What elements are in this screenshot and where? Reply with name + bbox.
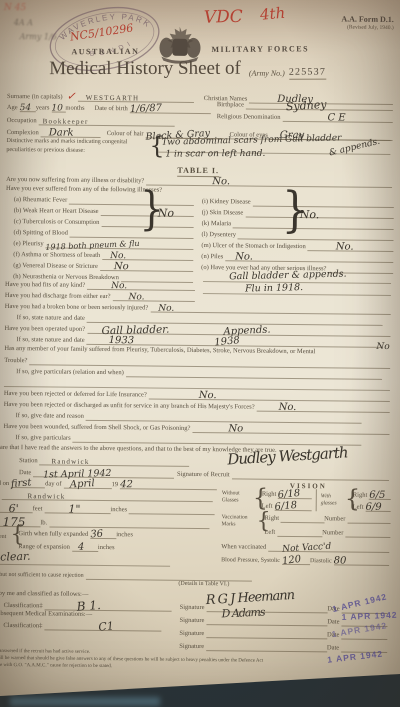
q-fits-fill: No. bbox=[87, 280, 195, 291]
height-feet-fill: 6' bbox=[0, 503, 33, 513]
form-content: N 45 4A A Army 1/6 VDC 4th A.A. Form D.1… bbox=[0, 0, 400, 707]
examined-year: 42 bbox=[120, 480, 133, 490]
surname-label: Surname (in capitals) bbox=[7, 93, 65, 101]
q-fits-answer: No. bbox=[111, 282, 127, 291]
illness-e: (e) Pleurisy1918 both pneum & flu bbox=[13, 238, 193, 250]
dob-fill: 1/6/87 bbox=[130, 103, 211, 114]
expansion-value: 4 bbox=[78, 543, 84, 553]
illness-n-answer: No. bbox=[235, 252, 253, 262]
without-left-value: 6/18 bbox=[274, 501, 297, 513]
birthplace-value: Sydney bbox=[286, 99, 327, 112]
station-label: Station bbox=[19, 457, 40, 465]
day-of-label: day of bbox=[45, 481, 64, 489]
surname-value: WESTGARTH bbox=[86, 93, 140, 102]
when-vaccinated-fill: Not Vacc'd bbox=[268, 542, 389, 553]
complexion-fill: Dark bbox=[41, 127, 101, 138]
examined-month: April bbox=[69, 479, 94, 490]
with-left-value: 6/9 bbox=[365, 503, 381, 513]
feet-label: feet bbox=[33, 505, 45, 513]
vaccination-right-row: RightNumber bbox=[265, 513, 391, 524]
height-row: 6' feet 1" inches bbox=[0, 503, 215, 515]
blood-pressure-row: Blood Pressure, Systolic 120 Diastolic 8… bbox=[221, 554, 389, 566]
dob-label: Date of birth bbox=[87, 105, 130, 113]
faint-red-note: N 45 bbox=[4, 4, 26, 11]
height-inches-fill: 1" bbox=[44, 503, 110, 514]
height-inches-value: 1" bbox=[68, 504, 80, 515]
bp-diastolic-fill: 80 bbox=[334, 555, 390, 566]
q-family-answer: No bbox=[376, 343, 389, 350]
date-row: Date1st April 1942 bbox=[19, 467, 174, 479]
when-vaccinated-row: When vaccinatedNot Vacc'd bbox=[221, 541, 389, 553]
title-text: Medical History Sheet of bbox=[49, 58, 241, 81]
q-forces-fill: No. bbox=[257, 402, 390, 413]
recruit-signature-label: Signature of Recruit bbox=[177, 471, 232, 479]
expansion-row: Range of expansion4inches bbox=[18, 541, 204, 553]
bp-systolic-value: 120 bbox=[281, 555, 301, 567]
q-ear-answer: No. bbox=[128, 293, 144, 302]
examined-prefix: ed on bbox=[0, 480, 11, 488]
bp-diastolic-value: 80 bbox=[334, 556, 347, 566]
bp-diastolic-label: Diastolic bbox=[310, 558, 334, 565]
examined-month-fill: April bbox=[64, 479, 112, 490]
classification-row-2: Classification‡C1 bbox=[3, 620, 161, 632]
girth-brace: { bbox=[10, 526, 24, 544]
vaccination-brace: { bbox=[256, 513, 270, 531]
age-months-value: 10 bbox=[51, 104, 63, 113]
age-years-fill: 54 bbox=[20, 102, 36, 112]
religion-label: Religious Denomination bbox=[217, 113, 283, 121]
red-annotation-unit: 4th bbox=[259, 6, 285, 21]
bp-label: Blood Pressure, Systolic bbox=[221, 557, 282, 565]
occupation-row: Occupation Bookkeeper bbox=[7, 115, 175, 127]
bp-systolic-fill: 120 bbox=[282, 555, 310, 565]
army-no-label: (Army No.) bbox=[249, 69, 285, 79]
ink-brace-a-d: } bbox=[140, 190, 165, 227]
examined-row: ed on first day of April 19 42 bbox=[0, 478, 217, 490]
surname-fill: WESTGARTH bbox=[78, 92, 194, 103]
dob-value: 1/6/87 bbox=[130, 104, 163, 115]
form-revision-text: (Revised July, 1940.) bbox=[347, 24, 394, 31]
classification-value-2: C1 bbox=[98, 620, 114, 632]
ink-brace-marks: { bbox=[149, 136, 164, 155]
form-title: Medical History Sheet of (Army No.) 2255… bbox=[49, 58, 326, 81]
table-surface-highlight bbox=[10, 697, 160, 706]
place-fill: Randwick bbox=[1, 490, 212, 502]
examined-day-fill: first bbox=[11, 478, 45, 488]
without-right-row: Right6/18 bbox=[262, 489, 312, 500]
marks-line-2: 1 in scar on left hand. bbox=[165, 150, 265, 158]
age-dob-row: Age 54 years 10 months Date of birth 1/6… bbox=[7, 102, 211, 114]
classification-label-2: Classification‡ bbox=[3, 622, 44, 630]
q-insurance-answer: No. bbox=[199, 391, 217, 401]
illness-d: (d) Spitting of Blood bbox=[14, 227, 194, 239]
months-label: months bbox=[65, 105, 86, 113]
expansion-fill: 4 bbox=[72, 542, 98, 552]
date-fill: 1st April 1942 bbox=[33, 467, 174, 478]
birthplace-label: Birthplace bbox=[217, 101, 246, 109]
height-feet-value: 6' bbox=[9, 503, 19, 514]
faint-gray-note: 4A A bbox=[14, 19, 33, 25]
occupation-fill: Bookkeeper bbox=[39, 115, 175, 126]
without-right-value: 6/18 bbox=[278, 489, 301, 501]
chest-clear-note: clear. bbox=[0, 551, 31, 561]
age-months-fill: 10 bbox=[51, 102, 65, 112]
girth-value: 36 bbox=[90, 529, 103, 540]
examined-at-row: at Randwick bbox=[0, 490, 213, 502]
with-right-value: 6/5 bbox=[369, 491, 385, 501]
red-annotation-vdc: VDC bbox=[204, 9, 243, 25]
q-wounded-answer: No bbox=[228, 424, 243, 434]
occupation-label: Occupation bbox=[7, 117, 39, 125]
religion-fill: C E bbox=[282, 112, 392, 123]
paper-sheet: N 45 4A A Army 1/6 VDC 4th A.A. Form D.1… bbox=[0, 0, 400, 707]
illness-m-fill: No. bbox=[308, 241, 394, 252]
vaccination-left-row: LeftNumber bbox=[264, 527, 390, 538]
girth-fill: 36 bbox=[90, 529, 116, 539]
illness-f-answer: No. bbox=[110, 252, 126, 261]
date-stamp-2: 1 APR 1942 bbox=[341, 610, 397, 622]
religion-row: Religious Denomination C E bbox=[217, 111, 393, 123]
vaccination-marks-label: Vaccination Marks bbox=[221, 514, 259, 528]
with-glasses-label: With glasses bbox=[321, 493, 347, 506]
examined-year-fill: 42 bbox=[120, 479, 217, 490]
illness-a: (a) Rheumatic Fever bbox=[14, 194, 194, 206]
vision-brace-without: { bbox=[253, 489, 268, 508]
illness-f-fill: No. bbox=[102, 250, 193, 261]
year-printed: 19 bbox=[112, 481, 121, 489]
form-code-text: A.A. Form D.1. bbox=[341, 14, 394, 24]
q-ear: Have you had discharge from either ear?N… bbox=[5, 290, 195, 302]
weight-unit-label: lb. bbox=[40, 520, 49, 528]
q-fits: Have you had fits of any kind?No. bbox=[5, 279, 195, 291]
q-broken-answer: No. bbox=[158, 305, 174, 314]
q-wounded-fill: No bbox=[192, 423, 389, 435]
rejection-note: s, but not sufficient to cause rejection bbox=[0, 569, 252, 582]
illness-o-answer-1: Gall bladder & appends. bbox=[229, 270, 347, 280]
place-value: Randwick bbox=[27, 492, 65, 501]
inches-label: inches bbox=[110, 506, 129, 514]
q-ear-fill: No. bbox=[112, 291, 194, 302]
birthplace-row: Birthplace Sydney bbox=[217, 99, 393, 111]
ink-brace-i-l: } bbox=[282, 190, 309, 229]
religion-value: C E bbox=[327, 113, 345, 123]
org-military-forces: MILITARY FORCES bbox=[211, 44, 309, 54]
org-australian: AUSTRALIAN bbox=[71, 47, 139, 57]
with-right-fill: 6/5 bbox=[369, 490, 391, 500]
illness-m: (m) Ulcer of the Stomach or IndigestionN… bbox=[201, 240, 393, 252]
illness-f: (f) Asthma or Shortness of breathNo. bbox=[13, 249, 193, 261]
without-glasses-label: Without Glasses bbox=[222, 490, 254, 504]
when-vaccinated-value: Not Vacc'd bbox=[282, 543, 332, 555]
subsequent-exams-label: Subsequent Medical Examinations:— bbox=[0, 610, 184, 620]
illness-n-fill: No. bbox=[225, 251, 393, 263]
q-suffering-fill: No. bbox=[146, 175, 392, 188]
without-left-fill: 6/18 bbox=[274, 501, 311, 511]
age-years-value: 54 bbox=[20, 104, 32, 113]
age-label: Age bbox=[7, 104, 20, 112]
details-note: (Details in Table VI.) bbox=[144, 580, 264, 588]
red-check-icon: ✓ bbox=[67, 91, 76, 102]
station-row: StationRandwick bbox=[19, 455, 189, 467]
illness-g: (g) Venereal Disease or StrictureNo bbox=[13, 260, 193, 272]
occupation-value: Bookkeeper bbox=[43, 117, 89, 126]
illness-m-answer: No. bbox=[336, 242, 354, 252]
photographed-medical-form: { "glyphs": {"rbrace": "}", "lbrace": "{… bbox=[0, 0, 400, 707]
illness-g-answer: No bbox=[114, 262, 129, 272]
illness-n: (n) PilesNo. bbox=[201, 251, 393, 263]
marks-label: Distinctive marks and marks indicating c… bbox=[6, 137, 152, 157]
illness-o-answer-2: Flu in 1918. bbox=[245, 283, 303, 292]
form-code: A.A. Form D.1. (Revised July, 1940.) bbox=[296, 14, 394, 31]
birthplace-fill: Sydney bbox=[246, 99, 393, 111]
measurement-fragment: ment bbox=[0, 534, 6, 541]
without-right-fill: 6/18 bbox=[278, 489, 312, 499]
with-left-fill: 6/9 bbox=[365, 502, 390, 512]
examiner-signature-2: D Adams bbox=[221, 606, 264, 621]
date-label: Date bbox=[19, 469, 33, 477]
marks-label-text: Distinctive marks and marks indicating c… bbox=[6, 137, 152, 157]
classification-fill-2: C1 bbox=[44, 620, 161, 631]
illness-e-fill: 1918 both pneum & flu bbox=[46, 238, 194, 250]
girth-row: Girth when fully expanded36inches bbox=[18, 528, 204, 540]
years-label: years bbox=[36, 104, 52, 112]
station-fill: Randwick bbox=[40, 455, 190, 467]
operated-date-1: 1933 bbox=[109, 336, 135, 346]
examined-day: first bbox=[11, 478, 32, 490]
army-no-value: 225537 bbox=[289, 66, 326, 79]
q-suffering-answer: No. bbox=[212, 177, 230, 187]
illness-g-fill: No bbox=[100, 261, 193, 272]
station-value: Randwick bbox=[52, 457, 90, 466]
vision-brace-with: { bbox=[345, 490, 360, 509]
q-forces-answer: No. bbox=[279, 403, 297, 413]
